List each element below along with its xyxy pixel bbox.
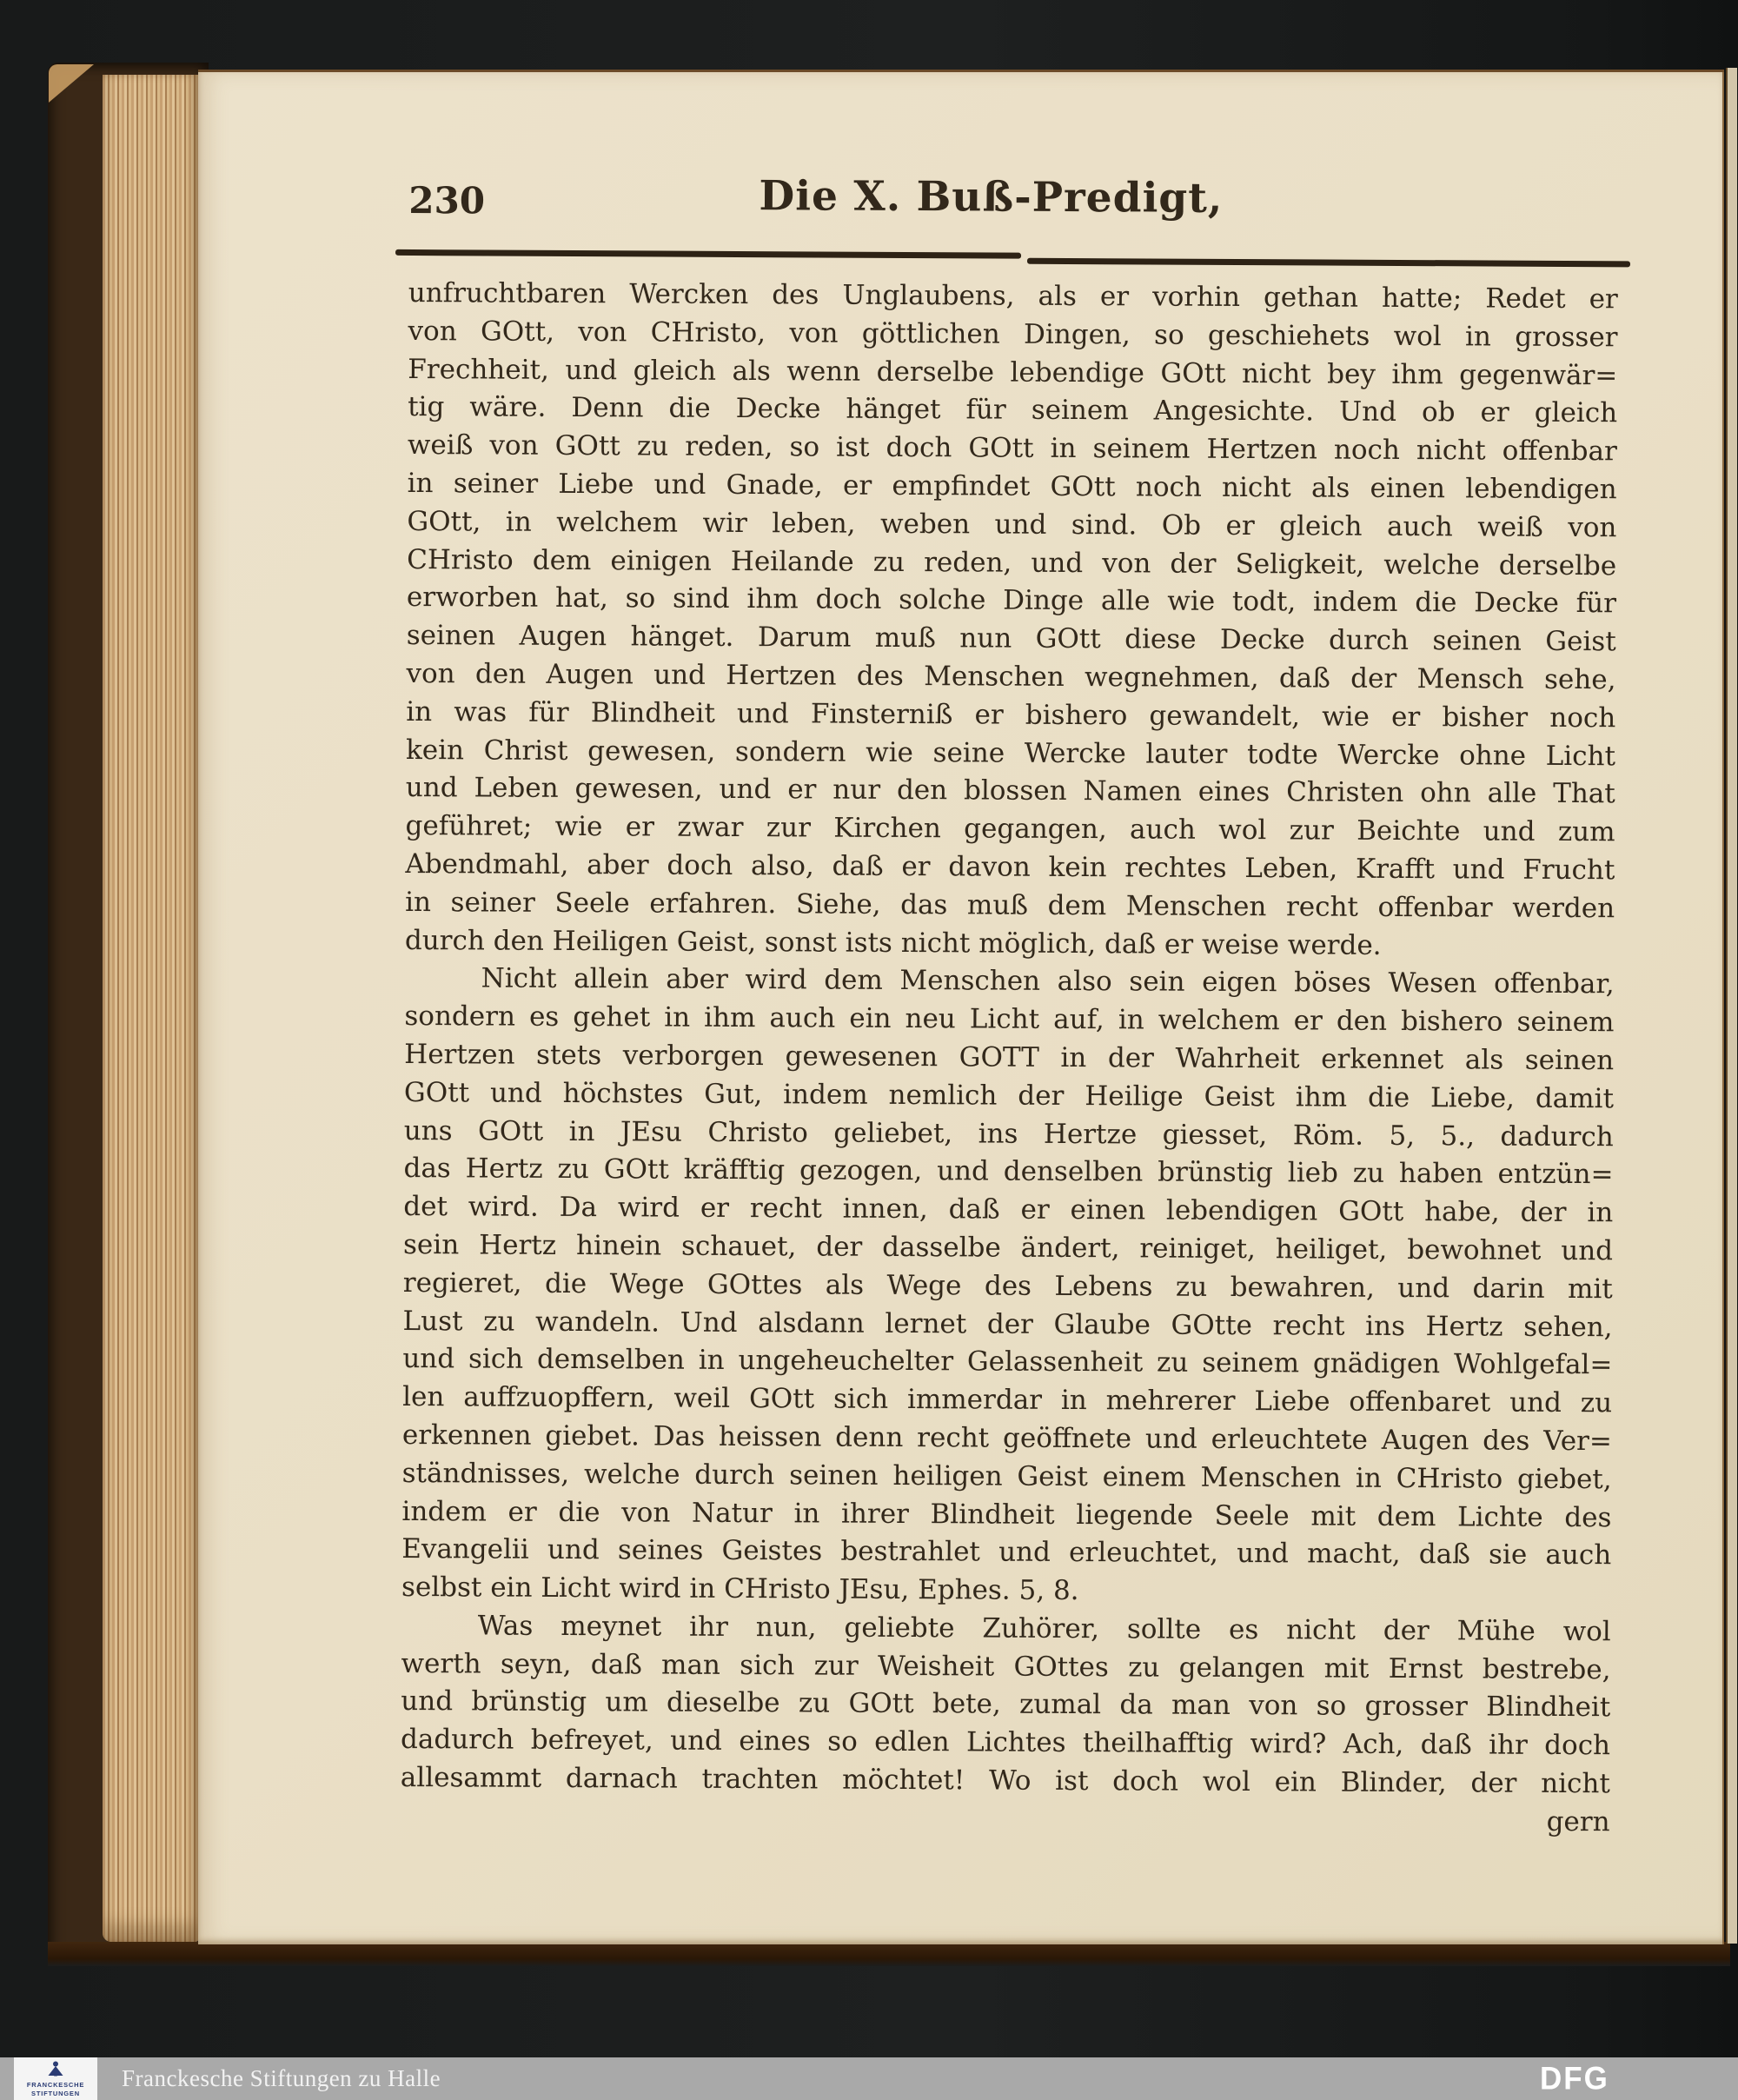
text-line: kein Christ gewesen, sondern wie seine W… <box>406 732 1615 776</box>
eagle-sun-icon <box>45 2060 66 2081</box>
text-line: werth seyn, daß man sich zur Weisheit GO… <box>401 1645 1610 1690</box>
text-line: sein Hertz hinein schauet, der dasselbe … <box>403 1226 1613 1271</box>
text-line: und sich demselben in ungeheuchelter Gel… <box>402 1340 1612 1385</box>
text-line: erworben hat, so sind ihm doch solche Di… <box>407 579 1616 623</box>
text-line: GOtt, in welchem wir leben, weben und si… <box>407 503 1616 548</box>
institution-name: Franckesche Stiftungen zu Halle <box>122 2057 441 2100</box>
text-line: Hertzen stets verborgen gewesenen GOTT i… <box>404 1036 1614 1080</box>
dfg-logo: DFG <box>1540 2057 1609 2100</box>
text-line: regieret, die Wege GOttes als Wege des L… <box>403 1265 1613 1309</box>
body-text: unfruchtbaren Wercken des Unglaubens, al… <box>401 275 1618 1842</box>
text-line: Nicht allein aber wird dem Menschen also… <box>405 960 1615 1004</box>
header-rule-left <box>395 249 1021 259</box>
text-line: CHristo dem einigen Heilande zu reden, u… <box>407 542 1616 586</box>
text-line: Frechheit, und gleich als wenn derselbe … <box>408 351 1617 395</box>
text-line: durch den Heiligen Geist, sonst ists nic… <box>405 922 1615 967</box>
text-line: und brünstig um dieselbe zu GOtt bete, z… <box>401 1683 1610 1727</box>
text-line: sondern es gehet in ihm auch ein neu Lic… <box>404 998 1614 1042</box>
text-line: dadurch befreyet, und eines so edlen Lic… <box>401 1721 1610 1765</box>
text-line: gern <box>401 1798 1610 1842</box>
printed-area: 230 Die X. Buß-Predigt, unfruchtbaren We… <box>0 0 1738 2100</box>
text-line: uns GOtt in JEsu Christo geliebet, ins H… <box>404 1113 1614 1157</box>
franckesche-logo: FRANCKESCHE STIFTUNGEN <box>14 2057 97 2100</box>
text-line: in seiner Liebe und Gnade, er empfindet … <box>408 465 1617 509</box>
text-line: allesammt darnach trachten möchtet! Wo i… <box>401 1759 1610 1804</box>
text-line: len auffzuopffern, weil GOtt sich immerd… <box>402 1379 1612 1423</box>
text-line: erkennen giebet. Das heissen denn recht … <box>402 1417 1612 1461</box>
text-line: ständnisses, welche durch seinen heilige… <box>402 1455 1612 1499</box>
text-line: und Leben gewesen, und er nur den blosse… <box>406 769 1615 814</box>
text-line: Was meynet ihr nun, geliebte Zuhörer, so… <box>401 1607 1611 1651</box>
text-line: weiß von GOtt zu reden, so ist doch GOtt… <box>408 427 1617 471</box>
text-line: det wird. Da wird er recht innen, daß er… <box>403 1188 1613 1233</box>
text-line: Evangelii und seines Geistes bestrahlet … <box>401 1531 1611 1575</box>
text-line: Lust zu wandeln. Und alsdann lernet der … <box>402 1302 1612 1346</box>
logo-wordmark-line1: FRANCKESCHE <box>27 2082 84 2090</box>
text-line: Abendmahl, aber doch also, daß er davon … <box>405 846 1615 890</box>
text-line: selbst ein Licht wird in CHristo JEsu, E… <box>401 1569 1611 1613</box>
text-line: in was für Blindheit und Finsterniß er b… <box>406 694 1615 738</box>
text-line: unfruchtbaren Wercken des Unglaubens, al… <box>408 275 1618 319</box>
text-line: indem er die von Natur in ihrer Blindhei… <box>401 1492 1611 1537</box>
text-line: seinen Augen hänget. Darum muß nun GOtt … <box>407 617 1616 661</box>
text-line: in seiner Seele erfahren. Siehe, das muß… <box>405 884 1615 928</box>
header-rule-right <box>1027 258 1630 268</box>
text-line: geführet; wie er zwar zur Kirchen gegang… <box>405 807 1615 852</box>
text-line: von den Augen und Hertzen des Menschen w… <box>406 655 1615 700</box>
text-line: von GOtt, von CHristo, von göttlichen Di… <box>408 313 1617 357</box>
text-line: das Hertz zu GOtt kräfftig gezogen, und … <box>403 1150 1613 1194</box>
scan-canvas: 230 Die X. Buß-Predigt, unfruchtbaren We… <box>0 0 1738 2100</box>
running-title: Die X. Buß-Predigt, <box>382 170 1599 224</box>
text-line: GOtt und höchstes Gut, indem nemlich der… <box>404 1074 1614 1119</box>
text-line: tig wäre. Denn die Decke hänget für sein… <box>408 389 1617 433</box>
logo-wordmark-line2: STIFTUNGEN <box>31 2090 80 2098</box>
